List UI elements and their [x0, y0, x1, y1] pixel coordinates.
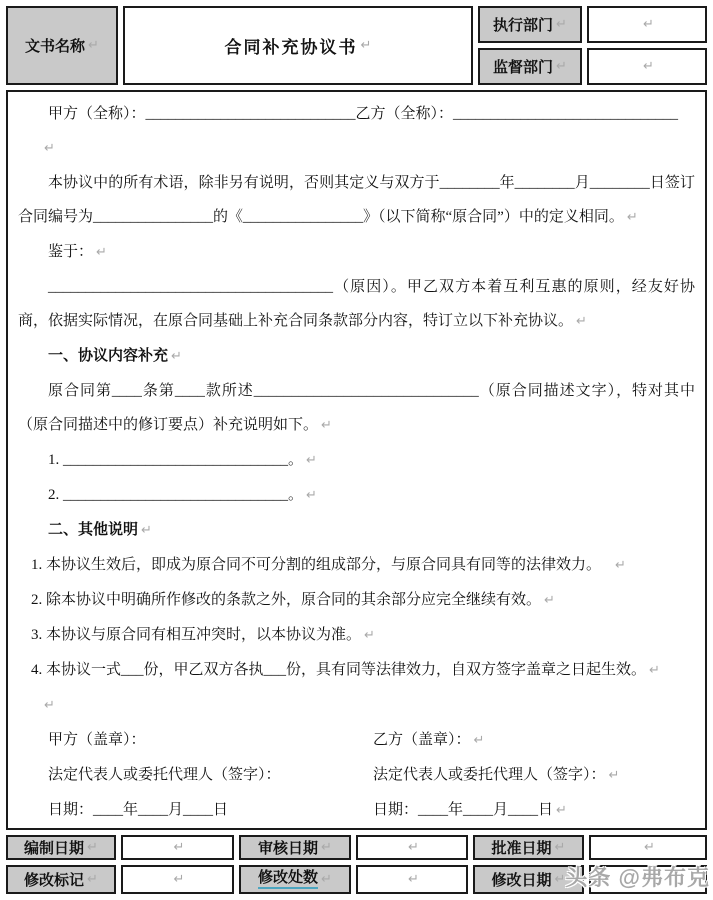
empty-paragraph: ↵: [18, 688, 695, 723]
pilcrow-mark: ↵: [627, 210, 638, 225]
pilcrow-mark: ↵: [644, 872, 655, 887]
header-table: 文书名称↵ 合同补充协议书↵ 执行部门↵ ↵ 监督部门↵ ↵: [6, 6, 707, 85]
agreement-body: 甲方（全称）：____________________________乙方（全称…: [6, 90, 707, 830]
revision-mark-label: 修改标记: [24, 869, 84, 890]
approved-date-value-cell[interactable]: ↵: [589, 835, 707, 860]
doc-name-label-cell: 文书名称↵: [6, 6, 118, 85]
supervise-dept-label-cell: 监督部门↵: [478, 48, 582, 85]
party-names-text: 甲方（全称）：____________________________乙方（全称…: [48, 106, 678, 122]
pilcrow-mark: ↵: [141, 523, 152, 538]
party-b-rep-sign-label: 法定代表人或委托代理人（签字）：: [373, 767, 606, 783]
prepared-date-label: 编制日期: [24, 837, 84, 858]
pilcrow-mark: ↵: [576, 314, 587, 329]
party-b-date-text: 日期：____年____月____日: [373, 802, 553, 818]
exec-dept-value-cell[interactable]: ↵: [587, 6, 707, 43]
pilcrow-mark: ↵: [96, 245, 107, 260]
pilcrow-mark: ↵: [174, 872, 185, 887]
pilcrow-mark: ↵: [321, 872, 332, 887]
other-note-3: 3. 本协议与原合同有相互冲突时，以本协议为准。↵: [18, 618, 695, 653]
pilcrow-mark: ↵: [171, 349, 182, 364]
party-a-rep-sign-label: 法定代表人或委托代理人（签字）：: [18, 758, 373, 793]
prepared-date-label-cell: 编制日期↵: [6, 835, 116, 860]
doc-title-cell: 合同补充协议书↵: [123, 6, 473, 85]
approved-date-label-cell: 批准日期↵: [473, 835, 584, 860]
document-page: 文书名称↵ 合同补充协议书↵ 执行部门↵ ↵ 监督部门↵ ↵ 甲方（全称）：__…: [0, 0, 713, 900]
pilcrow-mark: ↵: [88, 38, 99, 53]
pilcrow-mark: ↵: [555, 840, 566, 855]
other-note-1: 1. 本协议生效后，即成为原合同不可分割的组成部分，与原合同具有同等的法律效力。…: [18, 548, 695, 583]
party-b-seal: 乙方（盖章）：↵: [373, 723, 695, 758]
section2-title-text: 二、其他说明: [48, 522, 138, 538]
section2-title: 二、其他说明↵: [18, 513, 695, 548]
pilcrow-mark: ↵: [609, 768, 620, 783]
other-note-2: 2. 除本协议中明确所作修改的条款之外，原合同的其余部分应完全继续有效。↵: [18, 583, 695, 618]
pilcrow-mark: ↵: [321, 840, 332, 855]
pilcrow-mark: ↵: [643, 59, 654, 74]
supplement-item-2: 2. ______________________________。↵: [18, 478, 695, 513]
terms-definition-paragraph: 本协议中的所有术语，除非另有说明，否则其定义与双方于________年_____…: [18, 166, 695, 235]
party-b-rep-sign: 法定代表人或委托代理人（签字）：↵: [373, 758, 695, 793]
reviewed-date-label: 审核日期: [258, 837, 318, 858]
other-note-1-text: 1. 本协议生效后，即成为原合同不可分割的组成部分，与原合同具有同等的法律效力。: [31, 557, 601, 573]
doc-title: 合同补充协议书: [225, 33, 358, 58]
pilcrow-mark: ↵: [556, 17, 567, 32]
terms-definition-text: 本协议中的所有术语，除非另有说明，否则其定义与双方于________年_____…: [18, 175, 695, 225]
supervise-dept-label: 监督部门: [493, 56, 553, 77]
pilcrow-mark: ↵: [87, 872, 98, 887]
approved-date-label: 批准日期: [492, 837, 552, 858]
section1-intro-text: 原合同第____条第____款所述_______________________…: [18, 383, 695, 433]
party-b-date: 日期：____年____月____日↵: [373, 793, 695, 828]
pilcrow-mark: ↵: [408, 840, 419, 855]
supervise-dept-value-cell[interactable]: ↵: [587, 48, 707, 85]
reason-text: ______________________________________（原…: [18, 279, 695, 329]
other-note-4: 4. 本协议一式___份，甲乙双方各执___份，具有同等法律效力，自双方签字盖章…: [18, 653, 695, 688]
pilcrow-mark: ↵: [555, 872, 566, 887]
pilcrow-mark: ↵: [364, 628, 375, 643]
pilcrow-mark: ↵: [643, 17, 654, 32]
section1-intro-paragraph: 原合同第____条第____款所述_______________________…: [18, 374, 695, 443]
pilcrow-mark: ↵: [306, 453, 317, 468]
doc-name-label: 文书名称: [25, 35, 85, 56]
pilcrow-mark: ↵: [649, 663, 660, 678]
pilcrow-mark: ↵: [306, 488, 317, 503]
pilcrow-mark: ↵: [644, 840, 655, 855]
exec-dept-label-cell: 执行部门↵: [478, 6, 582, 43]
other-note-4-text: 4. 本协议一式___份，甲乙双方各执___份，具有同等法律效力，自双方签字盖章…: [31, 662, 646, 678]
supplement-item-1-text: 1. ______________________________。: [48, 452, 303, 468]
party-a-seal-label: 甲方（盖章）：: [18, 723, 373, 758]
prepared-date-value-cell[interactable]: ↵: [121, 835, 234, 860]
whereas-text: 鉴于：: [48, 244, 93, 260]
pilcrow-mark: ↵: [408, 872, 419, 887]
pilcrow-mark: ↵: [556, 803, 567, 818]
pilcrow-mark: ↵: [556, 59, 567, 74]
revision-mark-label-cell: 修改标记↵: [6, 865, 116, 894]
section1-title-text: 一、协议内容补充: [48, 348, 168, 364]
revision-count-label: 修改处数: [258, 870, 318, 889]
party-names-line: 甲方（全称）：____________________________乙方（全称…: [18, 97, 695, 131]
reviewed-date-label-cell: 审核日期↵: [239, 835, 351, 860]
supplement-item-2-text: 2. ______________________________。: [48, 487, 303, 503]
revision-date-label: 修改日期: [492, 869, 552, 890]
supplement-item-1: 1. ______________________________。↵: [18, 443, 695, 478]
party-a-date: 日期：____年____月____日: [18, 793, 373, 828]
pilcrow-mark: ↵: [544, 593, 555, 608]
date-line: 日期：____年____月____日 日期：____年____月____日↵: [18, 793, 695, 828]
pilcrow-mark: ↵: [44, 141, 55, 156]
pilcrow-mark: ↵: [87, 840, 98, 855]
pilcrow-mark: ↵: [174, 840, 185, 855]
footer-table: 编制日期↵ ↵ 审核日期↵ ↵ 批准日期↵ ↵ 修改标记↵ ↵ 修改处数↵ ↵: [6, 835, 707, 894]
reviewed-date-value-cell[interactable]: ↵: [356, 835, 468, 860]
other-note-2-text: 2. 除本协议中明确所作修改的条款之外，原合同的其余部分应完全继续有效。: [31, 592, 541, 608]
revision-count-label-cell: 修改处数↵: [239, 865, 351, 894]
other-note-3-text: 3. 本协议与原合同有相互冲突时，以本协议为准。: [31, 627, 361, 643]
whereas-line: 鉴于：↵: [18, 235, 695, 270]
revision-mark-value-cell[interactable]: ↵: [121, 865, 234, 894]
pilcrow-mark: ↵: [474, 733, 485, 748]
empty-paragraph: ↵: [18, 131, 695, 166]
pilcrow-mark: ↵: [44, 698, 55, 713]
revision-date-value-cell[interactable]: ↵: [589, 865, 707, 894]
revision-date-label-cell: 修改日期↵: [473, 865, 584, 894]
seal-line: 甲方（盖章）： 乙方（盖章）：↵: [18, 723, 695, 758]
party-b-seal-label: 乙方（盖章）：: [373, 732, 471, 748]
pilcrow-mark: ↵: [615, 558, 626, 573]
revision-count-value-cell[interactable]: ↵: [356, 865, 468, 894]
reason-paragraph: ______________________________________（原…: [18, 270, 695, 339]
section1-title: 一、协议内容补充↵: [18, 339, 695, 374]
pilcrow-mark: ↵: [321, 418, 332, 433]
exec-dept-label: 执行部门: [493, 14, 553, 35]
representative-sign-line: 法定代表人或委托代理人（签字）： 法定代表人或委托代理人（签字）：↵: [18, 758, 695, 793]
pilcrow-mark: ↵: [361, 38, 372, 53]
